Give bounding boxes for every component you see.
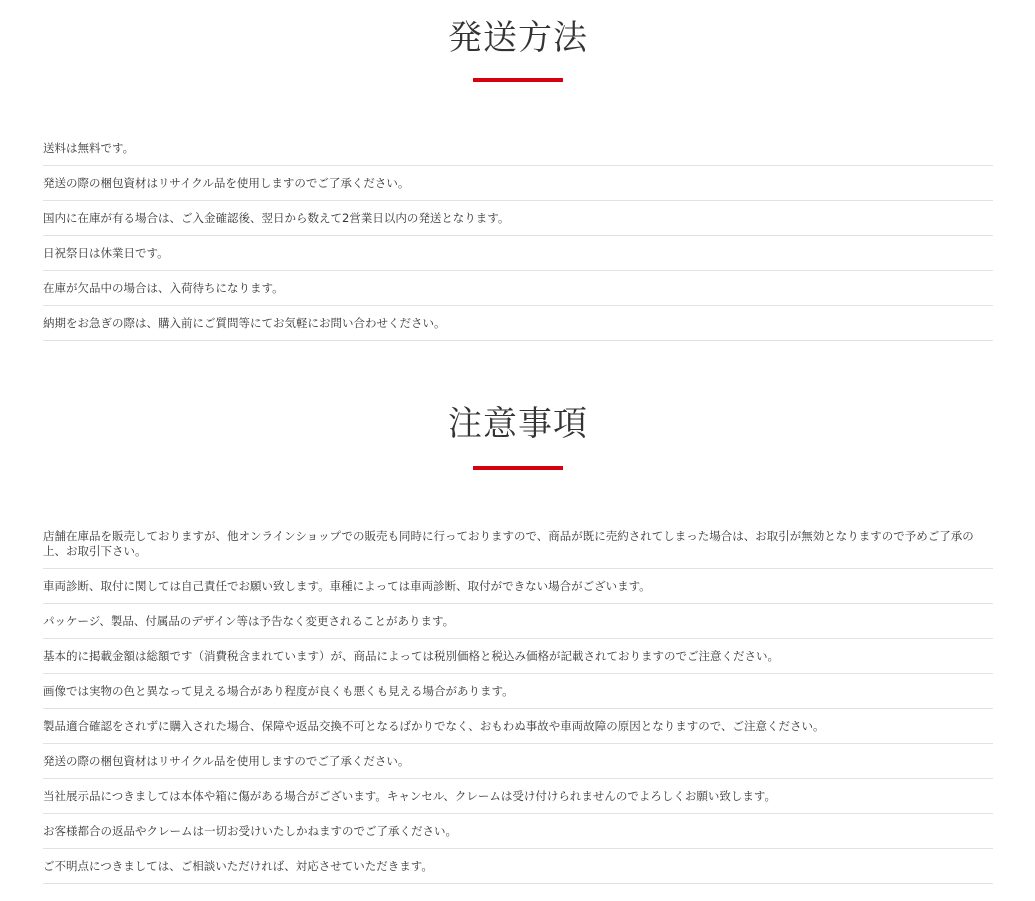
shipping-item: 納期をお急ぎの際は、購入前にご質問等にてお気軽にお問い合わせください。 bbox=[43, 306, 993, 341]
shipping-item: 国内に在庫が有る場合は、ご入金確認後、翌日から数えて2営業日以内の発送となります… bbox=[43, 201, 993, 236]
shipping-title: 発送方法 bbox=[43, 18, 993, 58]
notes-list: 店舗在庫品を販売しておりますが、他オンラインショップでの販売も同時に行っておりま… bbox=[43, 519, 993, 884]
notes-item: ご不明点につきましては、ご相談いただければ、対応させていただきます。 bbox=[43, 849, 993, 884]
notes-item: パッケージ、製品、付属品のデザイン等は予告なく変更されることがあります。 bbox=[43, 604, 993, 639]
shipping-item: 送料は無料です。 bbox=[43, 131, 993, 166]
notes-item: 当社展示品につきましては本体や箱に傷がある場合がございます。キャンセル、クレーム… bbox=[43, 779, 993, 814]
notes-item: 発送の際の梱包資材はリサイクル品を使用しますのでご了承ください。 bbox=[43, 744, 993, 779]
notes-title: 注意事項 bbox=[43, 404, 993, 444]
notes-title-underline bbox=[473, 466, 563, 470]
shipping-item: 日祝祭日は休業日です。 bbox=[43, 236, 993, 271]
shipping-title-underline bbox=[473, 78, 563, 82]
notes-item: 基本的に掲載金額は総額です（消費税含まれています）が、商品によっては税別価格と税… bbox=[43, 639, 993, 674]
shipping-section: 発送方法 送料は無料です。 発送の際の梱包資材はリサイクル品を使用しますのでご了… bbox=[43, 18, 993, 341]
shipping-item: 発送の際の梱包資材はリサイクル品を使用しますのでご了承ください。 bbox=[43, 166, 993, 201]
notes-item: 製品適合確認をされずに購入された場合、保障や返品交換不可となるばかりでなく、おも… bbox=[43, 709, 993, 744]
shipping-item: 在庫が欠品中の場合は、入荷待ちになります。 bbox=[43, 271, 993, 306]
notes-item: 車両診断、取付に関しては自己責任でお願い致します。車種によっては車両診断、取付が… bbox=[43, 569, 993, 604]
notes-item: 画像では実物の色と異なって見える場合があり程度が良くも悪くも見える場合があります… bbox=[43, 674, 993, 709]
shipping-list: 送料は無料です。 発送の際の梱包資材はリサイクル品を使用しますのでご了承ください… bbox=[43, 131, 993, 341]
notes-item: 店舗在庫品を販売しておりますが、他オンラインショップでの販売も同時に行っておりま… bbox=[43, 519, 993, 569]
notes-item: お客様都合の返品やクレームは一切お受けいたしかねますのでご了承ください。 bbox=[43, 814, 993, 849]
notes-section: 注意事項 店舗在庫品を販売しておりますが、他オンラインショップでの販売も同時に行… bbox=[43, 404, 993, 884]
